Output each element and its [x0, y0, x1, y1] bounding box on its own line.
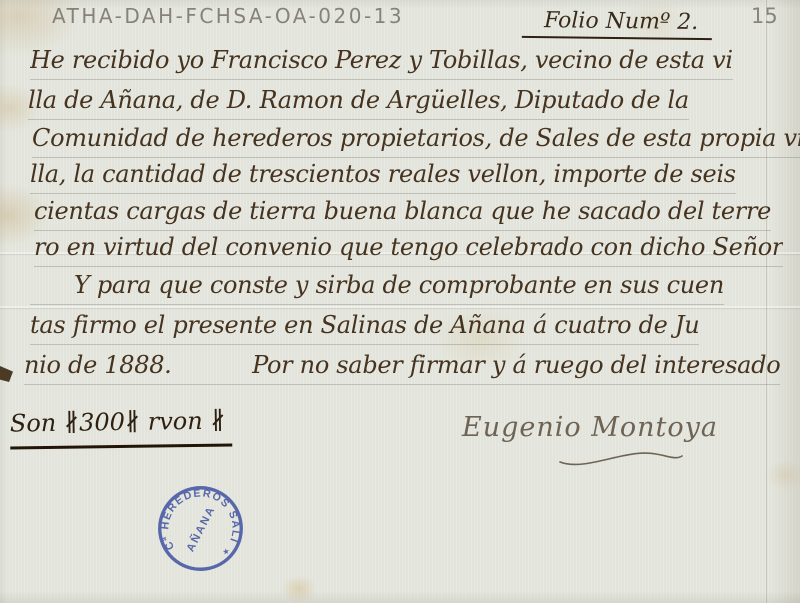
- manuscript-page: ATHA-DAH-FCHSA-OA-020-13 Folio Numº 2. 1…: [0, 0, 800, 603]
- manuscript-line: cientas cargas de tierra buena blanca qu…: [34, 197, 771, 231]
- amount-line: Son ∦300∦ rvon ∦: [10, 406, 233, 449]
- signature-flourish-stroke: [556, 446, 686, 472]
- manuscript-line: Comunidad de herederos propietarios, de …: [32, 124, 800, 158]
- manuscript-line: tas firmo el presente en Salinas de Añan…: [30, 311, 699, 345]
- folio-number: Folio Numº 2.: [522, 8, 713, 40]
- manuscript-line: He recibido yo Francisco Perez y Tobilla…: [30, 46, 733, 80]
- page-number: 15: [751, 4, 778, 28]
- manuscript-line: ro en virtud del convenio que tengo cele…: [34, 233, 783, 267]
- signature: Eugenio Montoya: [462, 412, 718, 443]
- fold-crease: [0, 306, 800, 308]
- paper-tear-mark: [0, 366, 13, 382]
- heirs-community-ink-stamp: Cª HEREDEROS SALINAS AÑANA ★: [146, 474, 256, 584]
- stamp-center-text: AÑANA: [184, 503, 218, 553]
- archive-reference: ATHA-DAH-FCHSA-OA-020-13: [52, 4, 404, 28]
- manuscript-line: nio de 1888. Por no saber firmar y á rue…: [24, 351, 780, 385]
- stamp-star-icon: ★: [222, 547, 231, 557]
- manuscript-line: lla de Añana, de D. Ramon de Argüelles, …: [28, 86, 689, 120]
- manuscript-line: lla, la cantidad de trescientos reales v…: [30, 160, 736, 194]
- manuscript-line: Y para que conste y sirba de comprobante…: [30, 271, 724, 305]
- page-edge-line: [766, 0, 767, 603]
